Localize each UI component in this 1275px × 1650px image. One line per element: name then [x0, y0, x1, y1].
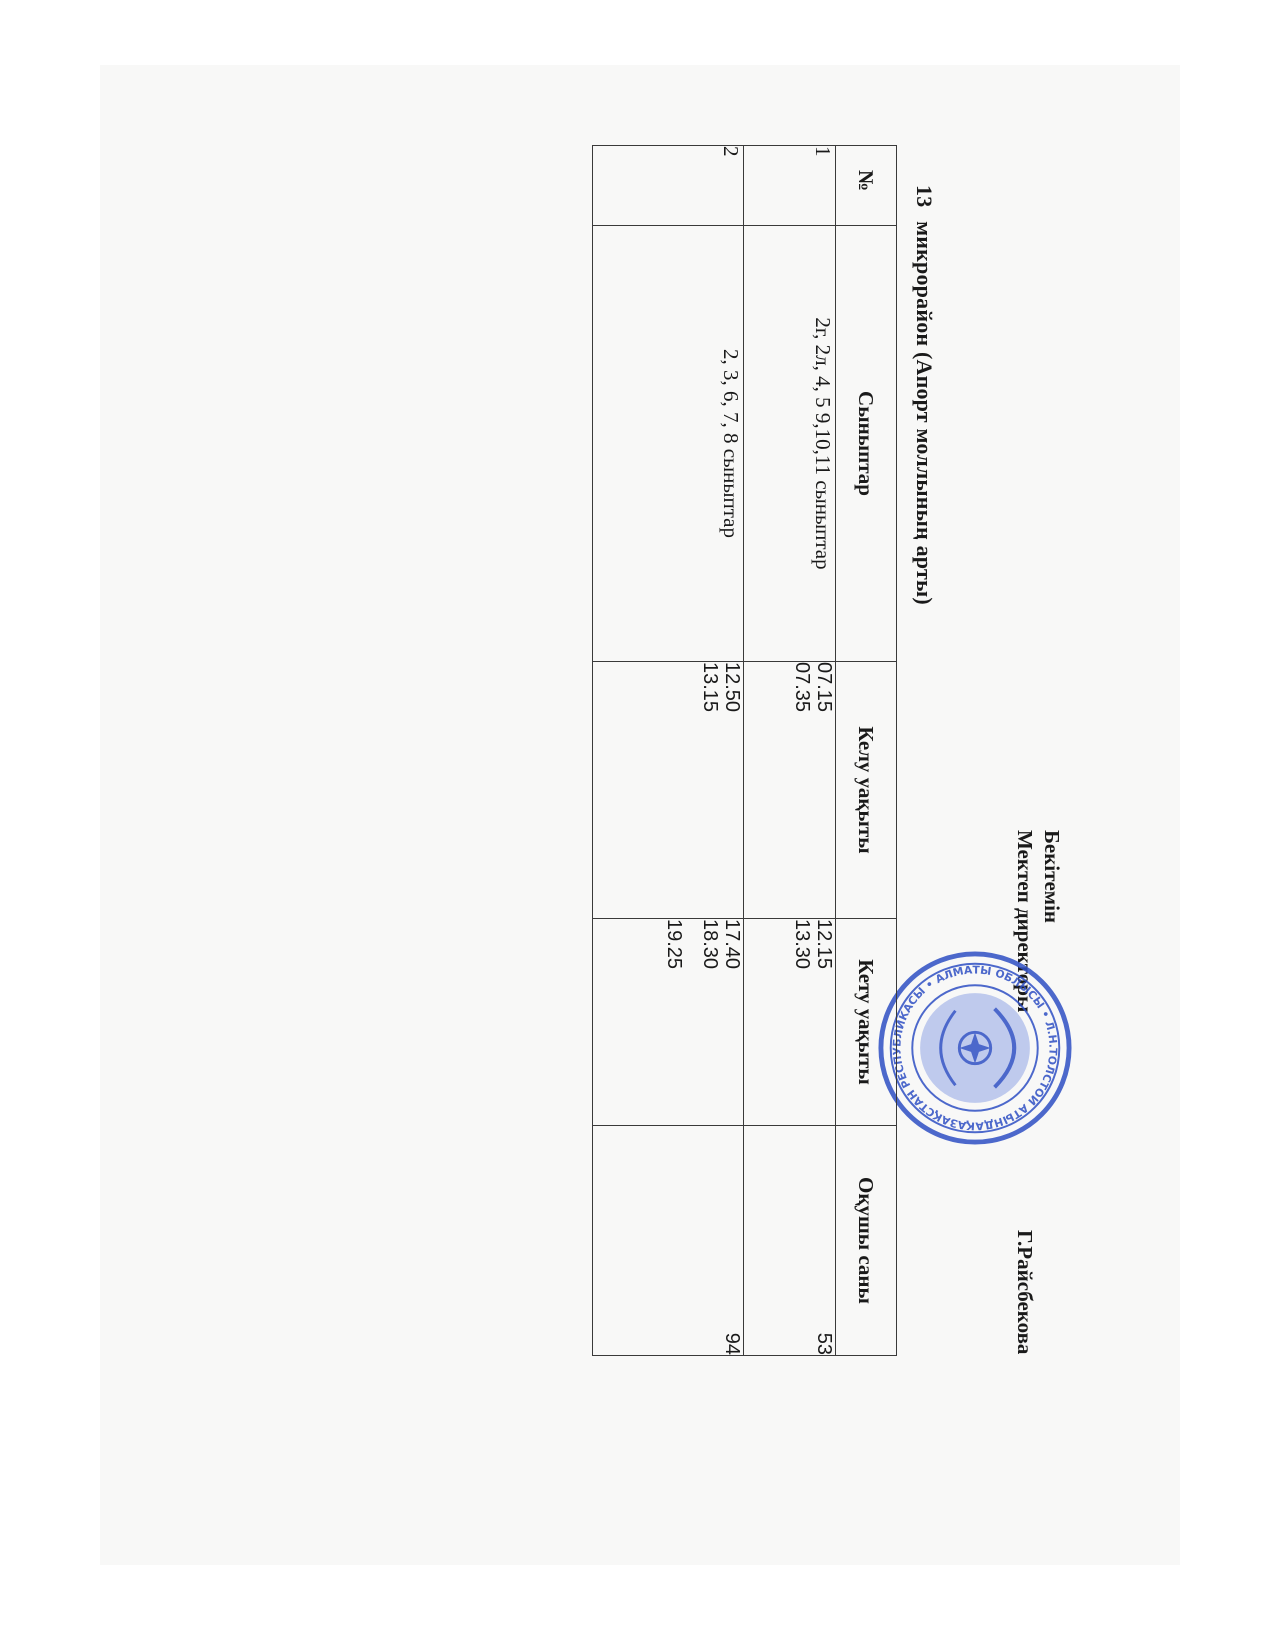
- row-number: 1: [744, 146, 836, 226]
- table-row: 1 2г, 2л, 4, 5 9,10,11 сыныптар 07.15 07…: [744, 146, 836, 1356]
- row-number: 2: [593, 146, 744, 226]
- row-departure-times: 12.15 13.30: [744, 919, 836, 1126]
- header-arrival-time: Келу уақыты: [836, 662, 897, 919]
- header-student-count: Оқушы саны: [836, 1126, 897, 1356]
- table-header-row: № Сыныптар Келу уақыты Кету уақыты Оқушы…: [836, 146, 897, 1356]
- rotated-document-page: 13 микрорайон (Апорт моллының арты) Бекі…: [595, 145, 897, 1355]
- row-student-count: 94: [593, 1126, 744, 1356]
- departure-time: 13.30: [791, 919, 813, 1125]
- row-student-count: 53: [744, 1126, 836, 1356]
- arrival-time: 07.15: [813, 662, 835, 918]
- row-arrival-times: 12.50 13.15: [593, 662, 744, 919]
- row-classes: 2г, 2л, 4, 5 9,10,11 сыныптар: [744, 226, 836, 662]
- title-text: микрорайон (Апорт моллының арты): [912, 221, 937, 605]
- official-stamp-icon: ҚАЗАҚСТАН РЕСПУБЛИКАСЫ • АЛМАТЫ ОБЛЫСЫ •…: [877, 950, 1073, 1146]
- header-classes: Сыныптар: [836, 226, 897, 662]
- table-row: 2 2, 3, 6, 7, 8 сыныптар 12.50 13.15 17.…: [593, 146, 744, 1356]
- row-classes: 2, 3, 6, 7, 8 сыныптар: [593, 226, 744, 662]
- departure-time: 12.15: [813, 919, 835, 1125]
- row-departure-times: 17.40 18.30 19.25: [593, 919, 744, 1126]
- departure-time: 17.40: [721, 919, 743, 1125]
- arrival-time: 13.15: [699, 662, 721, 918]
- row-arrival-times: 07.15 07.35: [744, 662, 836, 919]
- title-number: 13: [912, 185, 937, 207]
- departure-time: 19.25: [663, 919, 685, 1125]
- schedule-table: № Сыныптар Келу уақыты Кету уақыты Оқушы…: [592, 145, 897, 1356]
- header-number: №: [836, 146, 897, 226]
- arrival-time: 07.35: [791, 662, 813, 918]
- departure-time: 18.30: [699, 919, 721, 1125]
- header-departure-time: Кету уақыты: [836, 919, 897, 1126]
- approval-signatory: Г.Райсбекова: [1011, 1230, 1038, 1354]
- approval-block: Бекітемін Мектеп директоры Г.Райсбекова …: [1011, 830, 1065, 1355]
- document-title: 13 микрорайон (Апорт моллының арты): [911, 185, 937, 605]
- arrival-time: 12.50: [721, 662, 743, 918]
